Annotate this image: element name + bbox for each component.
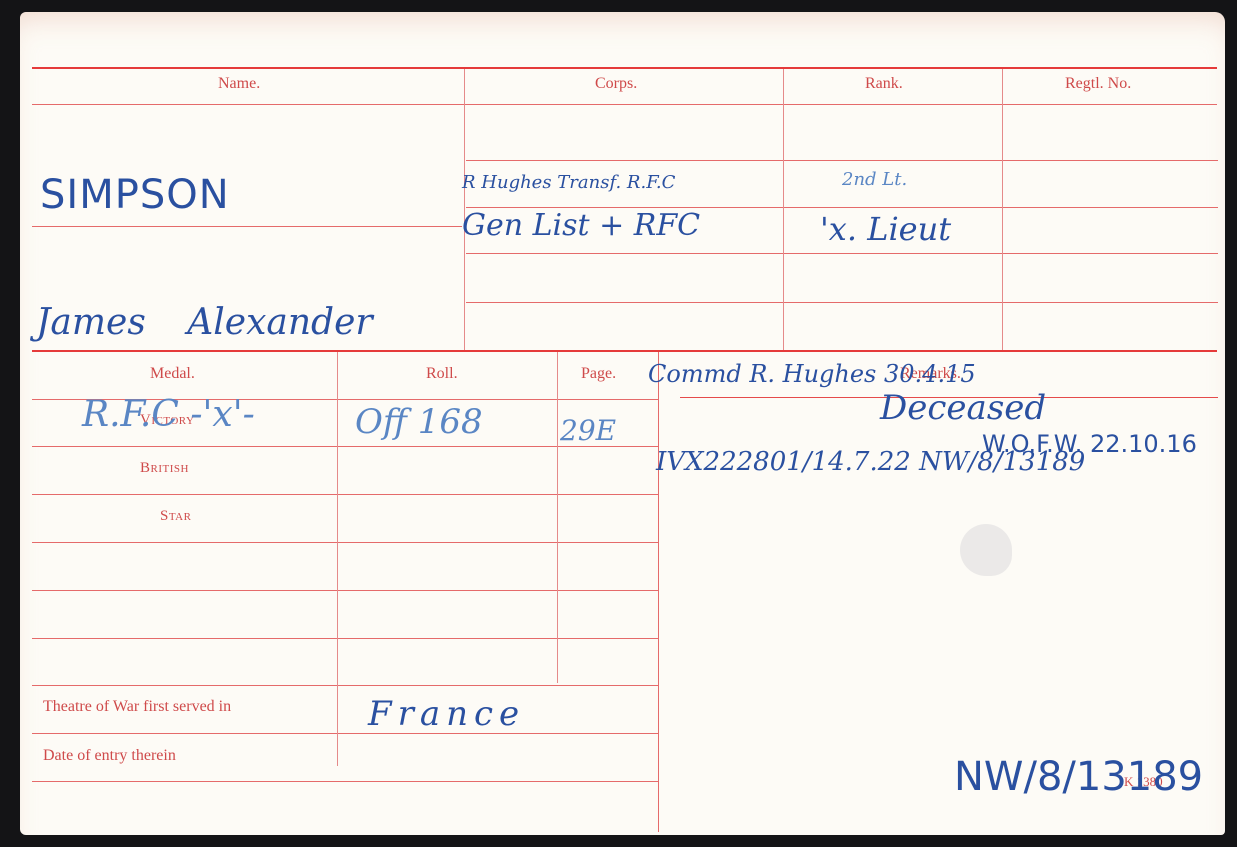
divider-corps-rank <box>783 69 784 350</box>
mid-rule <box>32 350 1217 352</box>
remarks-entry-4: W.O.F.W. 22.10.16 <box>982 430 1197 458</box>
remarks-entry-1: Commd R. Hughes 30.4.15 <box>648 360 976 388</box>
medal-british-label: British <box>140 460 189 477</box>
header-page: Page. <box>581 365 616 383</box>
corps-rule-4 <box>466 302 1218 303</box>
medal-rule-5 <box>32 590 658 591</box>
page-entry: 29E <box>560 414 616 447</box>
remarks-entry-2: Deceased <box>880 388 1046 428</box>
theatre-value: France <box>368 694 525 734</box>
medal-rule-6 <box>32 638 658 639</box>
corps-rule-3 <box>466 253 1218 254</box>
header-corps: Corps. <box>595 75 637 93</box>
header-name: Name. <box>218 75 260 93</box>
file-reference: NW/8/13189 <box>954 754 1203 800</box>
header-rank: Rank. <box>865 75 903 93</box>
header-roll: Roll. <box>426 365 458 383</box>
divider-rank-regtl <box>1002 69 1003 350</box>
corps-rule-1 <box>466 160 1218 161</box>
divider-page-remarks <box>658 352 659 832</box>
date-entry-label: Date of entry therein <box>43 747 176 765</box>
medal-rule-3 <box>32 494 658 495</box>
divider-roll-page <box>557 352 558 683</box>
roll-entry: Off 168 <box>355 402 483 442</box>
medal-rule-4 <box>32 542 658 543</box>
rank-entry-1: 2nd Lt. <box>842 169 907 190</box>
theatre-label: Theatre of War first served in <box>43 698 231 716</box>
date-rule <box>32 781 658 782</box>
theatre-rule <box>32 733 658 734</box>
corps-entry-1: R Hughes Transf. R.F.C <box>462 172 675 193</box>
medal-star-label: Star <box>160 508 191 525</box>
faint-stamp-mark <box>960 524 1012 576</box>
top-rule <box>32 67 1217 69</box>
header-medal: Medal. <box>150 365 195 383</box>
corps-entry-2: Gen List + RFC <box>462 208 700 243</box>
header-rule <box>32 104 1217 105</box>
name-rule-1 <box>32 226 462 227</box>
surname: SIMPSON <box>40 172 230 218</box>
rank-entry-2: 'x. Lieut <box>820 210 951 248</box>
medal-rule-7 <box>32 685 658 686</box>
forenames: James Alexander <box>36 302 373 343</box>
medal-index-card: Name. Corps. Rank. Regtl. No. Medal. Rol… <box>20 12 1225 835</box>
header-regtl-no: Regtl. No. <box>1065 75 1131 93</box>
medal-entry: R.F.C -'x'- <box>82 394 255 435</box>
divider-medal-roll <box>337 352 338 766</box>
